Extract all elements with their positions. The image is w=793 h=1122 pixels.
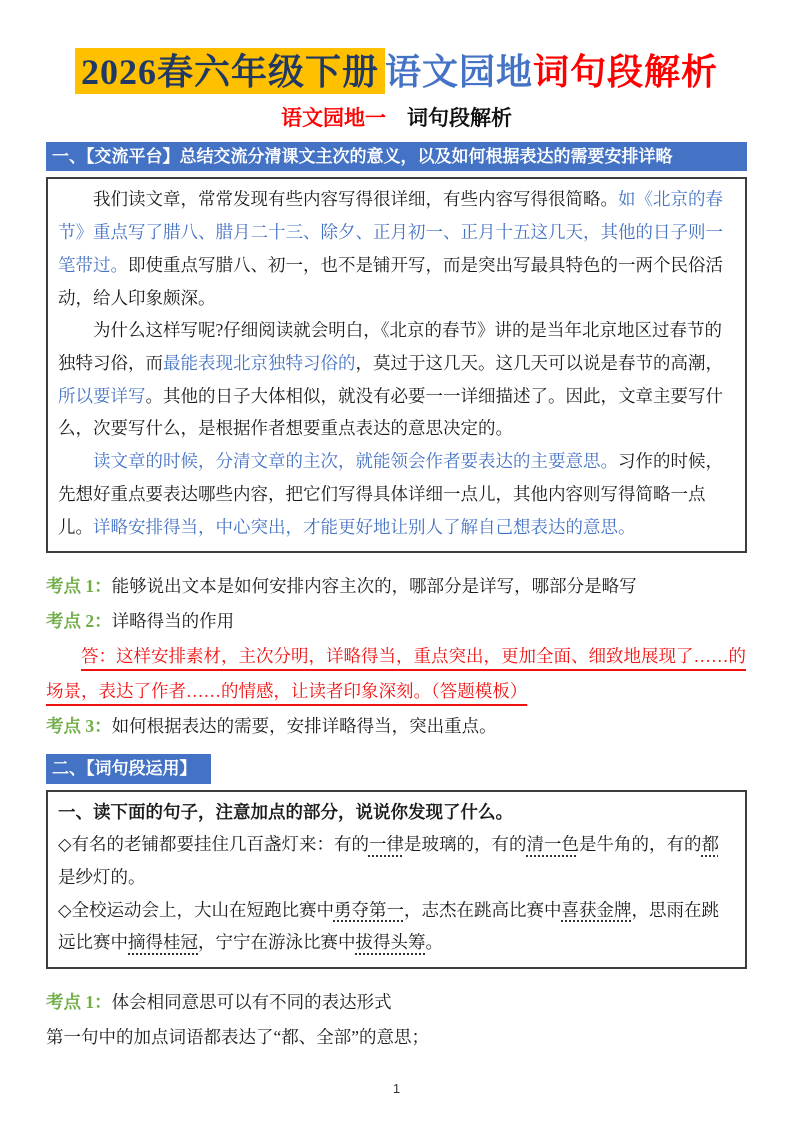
- exam-point-3: 考点 3：如何根据表达的需要，安排详略得当，突出重点。: [46, 709, 747, 744]
- answer-template: 答：这样安排素材，主次分明，详略得当，重点突出，更加全面、细致地展现了……的场景…: [46, 639, 747, 709]
- example-sentence-1: ◇有名的老铺都要挂住几百盏灯来：有的一律是玻璃的，有的清一色是牛角的，有的都是纱…: [58, 828, 735, 893]
- text-segment: ◇全校运动会上，大山在短跑比赛中: [58, 900, 334, 920]
- paragraph: 为什么这样写呢?仔细阅读就会明白，《北京的春节》讲的是当年北京地区过春节的独特习…: [58, 314, 735, 445]
- text-segment: 2026春六年级下册: [75, 48, 385, 94]
- text-segment: 所以要详写: [58, 386, 146, 406]
- text-segment: ，宁宁在游泳比赛中: [198, 932, 356, 952]
- text-segment: 读文章的时候，分清文章的主次，就能领会作者要表达的主要意思。: [93, 451, 618, 471]
- text-segment: 语文园地: [385, 52, 533, 92]
- document-page: 2026春六年级下册语文园地词句段解析 语文园地一 词句段解析 一、【交流平台】…: [0, 0, 793, 1122]
- exam-point-2: 考点 2：详略得当的作用: [46, 604, 747, 639]
- text-segment: 第一句中的加点词语都表达了“都、全部”的意思；: [46, 1027, 429, 1047]
- text-segment: ，莫过于这几天。这几天可以说是春节的高潮，: [356, 353, 724, 373]
- paragraph: 读文章的时候，分清文章的主次，就能领会作者要表达的主要意思。习作的时候，先想好重…: [58, 445, 735, 543]
- text-segment: 词句段解析: [533, 52, 718, 92]
- exam-points-block: 考点 1：能够说出文本是如何安排内容主次的，哪部分是详写，哪部分是略写 考点 2…: [46, 569, 747, 744]
- text-segment: 摘得桂冠: [128, 932, 198, 952]
- paragraph: 我们读文章，常常发现有些内容写得很详细，有些内容写得很简略。如《北京的春节》重点…: [58, 183, 735, 314]
- text-segment: 词句段解析: [386, 106, 512, 130]
- text-segment: 勇夺第一: [334, 900, 404, 920]
- text-segment: 。其他的日子大体相似，就没有必要一一详细描述了。因此，文章主要写什么，次要写什么…: [58, 386, 723, 439]
- text-segment: ，志杰在跳高比赛中: [404, 900, 562, 920]
- section-header-exchange-platform: 一、【交流平台】总结交流分清课文主次的意义，以及如何根据表达的需要安排详略: [46, 142, 747, 171]
- text-segment: 最能表现北京独特习俗的: [163, 353, 356, 373]
- text-segment: 都: [701, 834, 719, 854]
- text-segment: 答：这样安排素材，主次分明，详略得当，重点突出，更加全面、细致地展现了……的场景…: [46, 646, 746, 701]
- text-segment: 体会相同意思可以有不同的表达形式: [112, 992, 392, 1012]
- text-segment: 喜获金牌: [561, 900, 631, 920]
- text-segment: 如何根据表达的需要，安排详略得当，突出重点。: [112, 716, 497, 736]
- text-segment: 详略安排得当，中心突出，才能更好地让别人了解自己想表达的意思。: [93, 517, 636, 537]
- page-subtitle: 语文园地一 词句段解析: [46, 102, 747, 132]
- exam-point-usage-1: 考点 1：体会相同意思可以有不同的表达形式: [46, 985, 747, 1020]
- exam-point-usage-note: 第一句中的加点词语都表达了“都、全部”的意思；: [46, 1020, 747, 1055]
- text-segment: ◇有名的老铺都要挂住几百盏灯来：有的: [58, 834, 369, 854]
- page-number: 1: [0, 1081, 793, 1096]
- text-segment: 是纱灯的。: [58, 867, 146, 887]
- text-segment: 是牛角的，有的: [579, 834, 702, 854]
- text-segment: 考点 2：: [46, 611, 112, 631]
- exam-points-block-2: 考点 1：体会相同意思可以有不同的表达形式 第一句中的加点词语都表达了“都、全部…: [46, 985, 747, 1055]
- text-segment: 考点 1：: [46, 576, 112, 596]
- exam-point-1: 考点 1：能够说出文本是如何安排内容主次的，哪部分是详写，哪部分是略写: [46, 569, 747, 604]
- exercise-heading: 一、读下面的句子，注意加点的部分，说说你发现了什么。: [58, 796, 735, 829]
- text-segment: 我们读文章，常常发现有些内容写得很详细，有些内容写得很简略。: [93, 189, 618, 209]
- text-segment: 考点 3：: [46, 716, 112, 736]
- text-segment: 能够说出文本是如何安排内容主次的，哪部分是详写，哪部分是略写: [112, 576, 637, 596]
- text-segment: 拔得头筹: [356, 932, 426, 952]
- word-sentence-usage-box: 一、读下面的句子，注意加点的部分，说说你发现了什么。 ◇有名的老铺都要挂住几百盏…: [46, 790, 747, 970]
- text-segment: 一律: [369, 834, 404, 854]
- text-segment: 语文园地一: [281, 106, 386, 130]
- text-segment: 即使重点写腊八、初一，也不是铺开写，而是突出写最具特色的一两个民俗活动，给人印象…: [58, 255, 723, 308]
- exchange-platform-box: 我们读文章，常常发现有些内容写得很详细，有些内容写得很简略。如《北京的春节》重点…: [46, 177, 747, 553]
- text-segment: 。: [426, 932, 444, 952]
- text-segment: 清一色: [526, 834, 579, 854]
- page-title: 2026春六年级下册语文园地词句段解析: [46, 46, 747, 98]
- text-segment: 是玻璃的，有的: [404, 834, 527, 854]
- text-segment: 考点 1：: [46, 992, 112, 1012]
- section-header-word-sentence-usage: 二、【词句段运用】: [46, 754, 211, 783]
- text-segment: 详略得当的作用: [112, 611, 235, 631]
- document-content: 2026春六年级下册语文园地词句段解析 语文园地一 词句段解析 一、【交流平台】…: [46, 46, 747, 1055]
- example-sentence-2: ◇全校运动会上，大山在短跑比赛中勇夺第一，志杰在跳高比赛中喜获金牌，思雨在跳远比…: [58, 894, 735, 959]
